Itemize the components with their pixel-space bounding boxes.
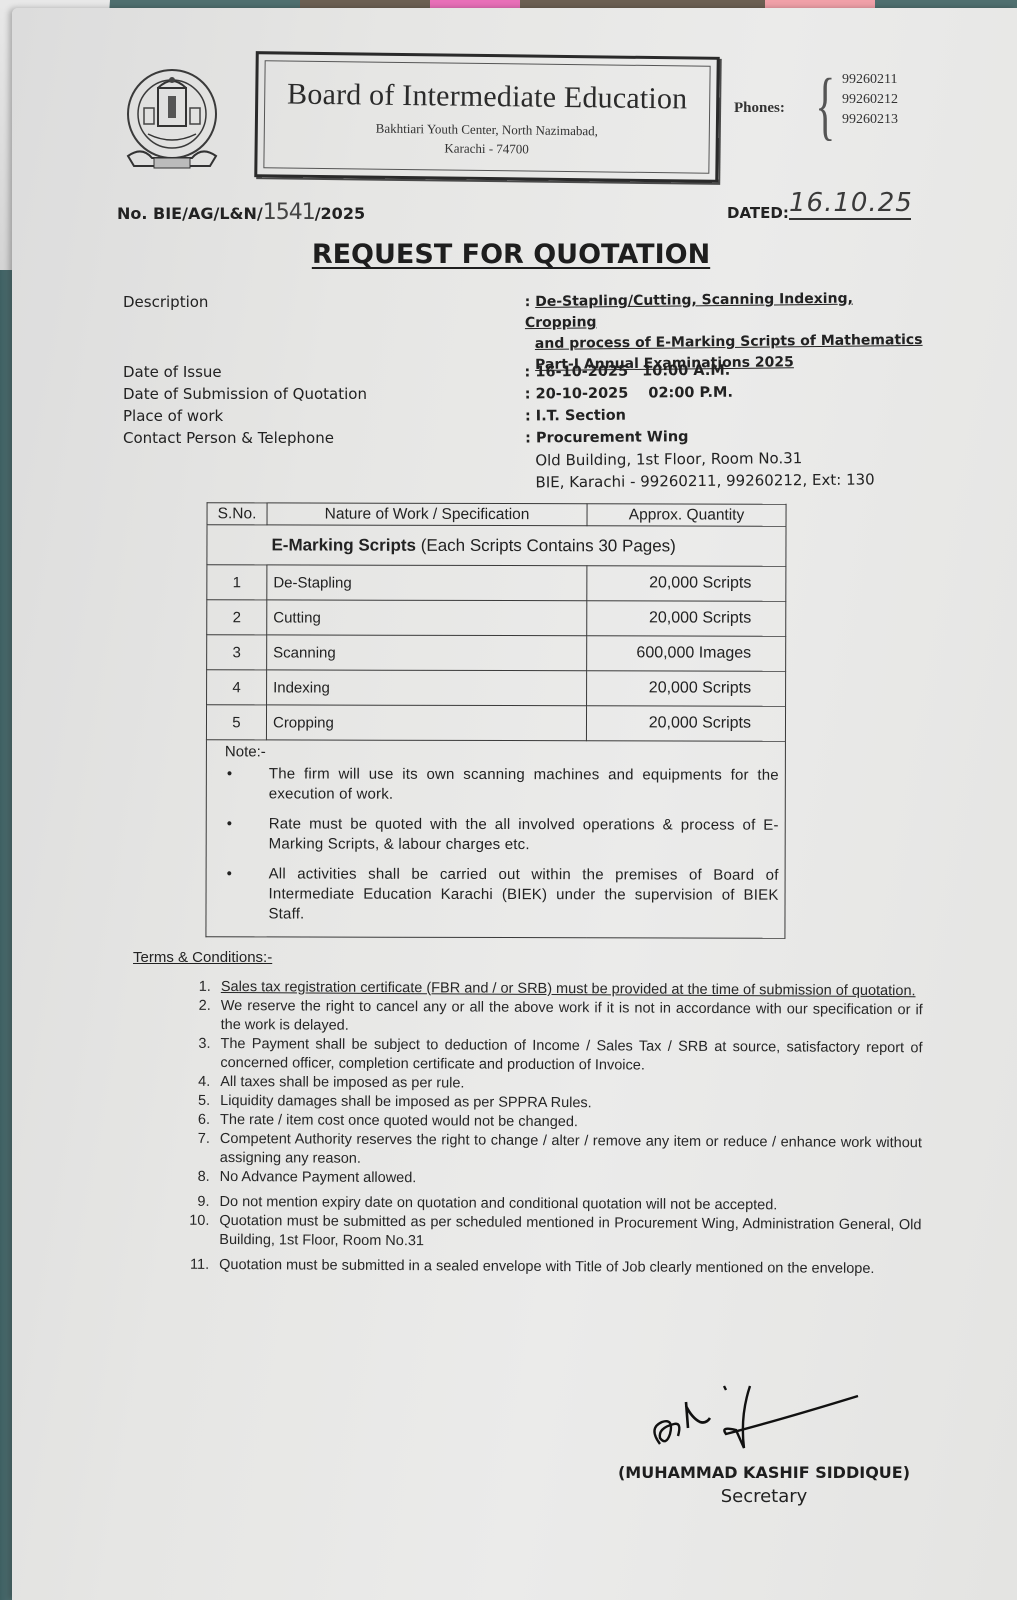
column-header-sno: S.No. [207,503,267,525]
board-seal-icon [122,66,222,178]
dated-handwritten-value: 16.10.25 [789,188,911,220]
document-title: REQUEST FOR QUOTATION [311,239,711,270]
cell-sno: 4 [207,670,267,705]
term-item: 2.We reserve the right to cancel any or … [183,997,923,1040]
cell-quantity: 600,000 Images [587,636,786,672]
phone-number: 99260213 [842,110,898,130]
column-header-quantity: Approx. Quantity [587,504,786,527]
organization-address-line2: Karachi - 74700 [265,136,709,160]
cell-sno: 2 [207,600,267,635]
note-text: Rate must be quoted with the all involve… [269,814,779,855]
cell-quantity: 20,000 Scripts [587,601,786,637]
table-row: 4Indexing20,000 Scripts [207,670,786,707]
table-row: 1De-Stapling20,000 Scripts [207,565,786,602]
term-text: Quotation must be submitted in a sealed … [219,1256,921,1279]
table-row: 2Cutting20,000 Scripts [207,600,786,637]
organization-name: Board of Intermediate Education [265,77,709,116]
group-title-bold: E-Marking Scripts [271,535,416,554]
letterhead-box: Board of Intermediate Education Bakhtiar… [254,51,720,183]
note-text: The firm will use its own scanning machi… [269,764,779,805]
group-title-rest: (Each Scripts Contains 30 Pages) [416,535,676,555]
term-item: 7.Competent Authority reserves the right… [182,1130,922,1173]
description-line: and process of E-Marking Scripts of Math… [535,332,923,352]
dated-label: DATED: [727,204,789,222]
cell-work: De-Stapling [267,565,587,601]
issue-date: 16-10-2025 [535,364,628,381]
note-text: All activities shall be carried out with… [268,864,778,925]
cell-sno: 3 [207,635,267,670]
term-number: 9. [181,1193,219,1212]
label-date-of-issue: Date of Issue [123,361,367,383]
term-number: 5. [182,1092,220,1111]
term-item: 8.No Advance Payment allowed. [182,1168,922,1192]
table-row: 5Cropping20,000 Scripts [206,705,785,742]
term-number: 3. [182,1035,220,1073]
term-text: We reserve the right to cancel any or al… [221,997,923,1039]
phones-label: Phones: [734,100,785,117]
terms-list: 1.Sales tax registration certificate (FB… [181,978,923,1280]
label-place-of-work: Place of work [123,405,367,427]
term-number: 2. [183,997,221,1035]
term-number: 10. [181,1212,219,1250]
label-date-of-submission: Date of Submission of Quotation [123,383,367,405]
term-text: Competent Authority reserves the right t… [220,1130,922,1172]
signature-icon [640,1366,900,1466]
cell-work: Scanning [267,635,587,671]
submission-time: 02:00 P.M. [648,382,733,405]
note-item: •Rate must be quoted with the all involv… [225,814,779,855]
term-item: 3.The Payment shall be subject to deduct… [182,1035,922,1078]
cell-work: Cropping [266,705,586,741]
cell-work: Indexing [267,670,587,706]
term-number: 7. [182,1130,220,1168]
contact-phone: BIE, Karachi - 99260211, 99260212, Ext: … [525,468,874,493]
cell-quantity: 20,000 Scripts [587,566,786,602]
description-line: De-Stapling/Cutting, Scanning Indexing, … [525,291,853,331]
place-of-work-value: I.T. Section [536,408,626,425]
term-text: Quotation must be submitted as per sched… [219,1212,921,1254]
table-row: 3Scanning600,000 Images [207,635,786,672]
curly-brace-icon: { [815,68,835,144]
term-item: 10.Quotation must be submitted as per sc… [181,1212,921,1255]
rfq-document-page: Board of Intermediate Education Bakhtiar… [12,8,1017,1600]
bullet-icon: • [224,864,268,924]
issue-time: 10:00 A.M. [642,360,730,383]
note-item: •All activities shall be carried out wit… [224,864,778,925]
cell-quantity: 20,000 Scripts [586,706,785,742]
phone-list: 99260211 99260212 99260213 [842,70,898,130]
contact-name: Procurement Wing [536,429,689,446]
table-note-row: Note:-•The firm will use its own scannin… [206,740,786,939]
label-contact: Contact Person & Telephone [123,427,367,449]
info-labels: Description Date of Issue Date of Submis… [123,291,367,449]
terms-title: Terms & Conditions:- [133,949,272,966]
reference-prefix: No. BIE/AG/L&N/ [117,204,263,223]
info-values: : 16-10-202510:00 A.M. : 20-10-202502:00… [524,358,874,493]
cell-work: Cutting [267,600,587,636]
note-title: Note:- [225,742,779,763]
term-item: 11.Quotation must be submitted in a seal… [181,1256,921,1280]
term-text: The Payment shall be subject to deductio… [220,1035,922,1077]
bullet-icon: • [225,764,269,804]
term-number: 4. [182,1073,220,1092]
cell-quantity: 20,000 Scripts [587,671,786,707]
signatory-designation: Secretary [604,1486,924,1507]
work-specification-table: S.No. Nature of Work / Specification App… [205,502,786,939]
column-header-work: Nature of Work / Specification [267,503,587,526]
submission-date: 20-10-2025 [536,386,629,403]
label-description: Description [123,291,367,313]
term-number: 1. [183,978,221,997]
reference-handwritten-number: 1541 [263,200,315,225]
signatory-name: (MUHAMMAD KASHIF SIDDIQUE) [604,1463,924,1482]
cell-sno: 5 [206,705,266,740]
phone-number: 99260211 [842,70,898,90]
term-number: 8. [182,1168,220,1187]
reference-number: No. BIE/AG/L&N/1541/2025 [117,200,365,225]
reference-suffix: /2025 [315,204,365,223]
phone-number: 99260212 [842,90,898,110]
table-header-row: S.No. Nature of Work / Specification App… [207,503,786,527]
term-text: No Advance Payment allowed. [220,1168,922,1191]
table-group-row: E-Marking Scripts (Each Scripts Contains… [207,525,786,567]
bullet-icon: • [225,814,269,854]
contact-address: Old Building, 1st Floor, Room No.31 [525,446,874,471]
term-number: 6. [182,1111,220,1130]
note-item: •The firm will use its own scanning mach… [225,764,779,805]
cell-sno: 1 [207,565,267,600]
term-number: 11. [181,1256,219,1275]
